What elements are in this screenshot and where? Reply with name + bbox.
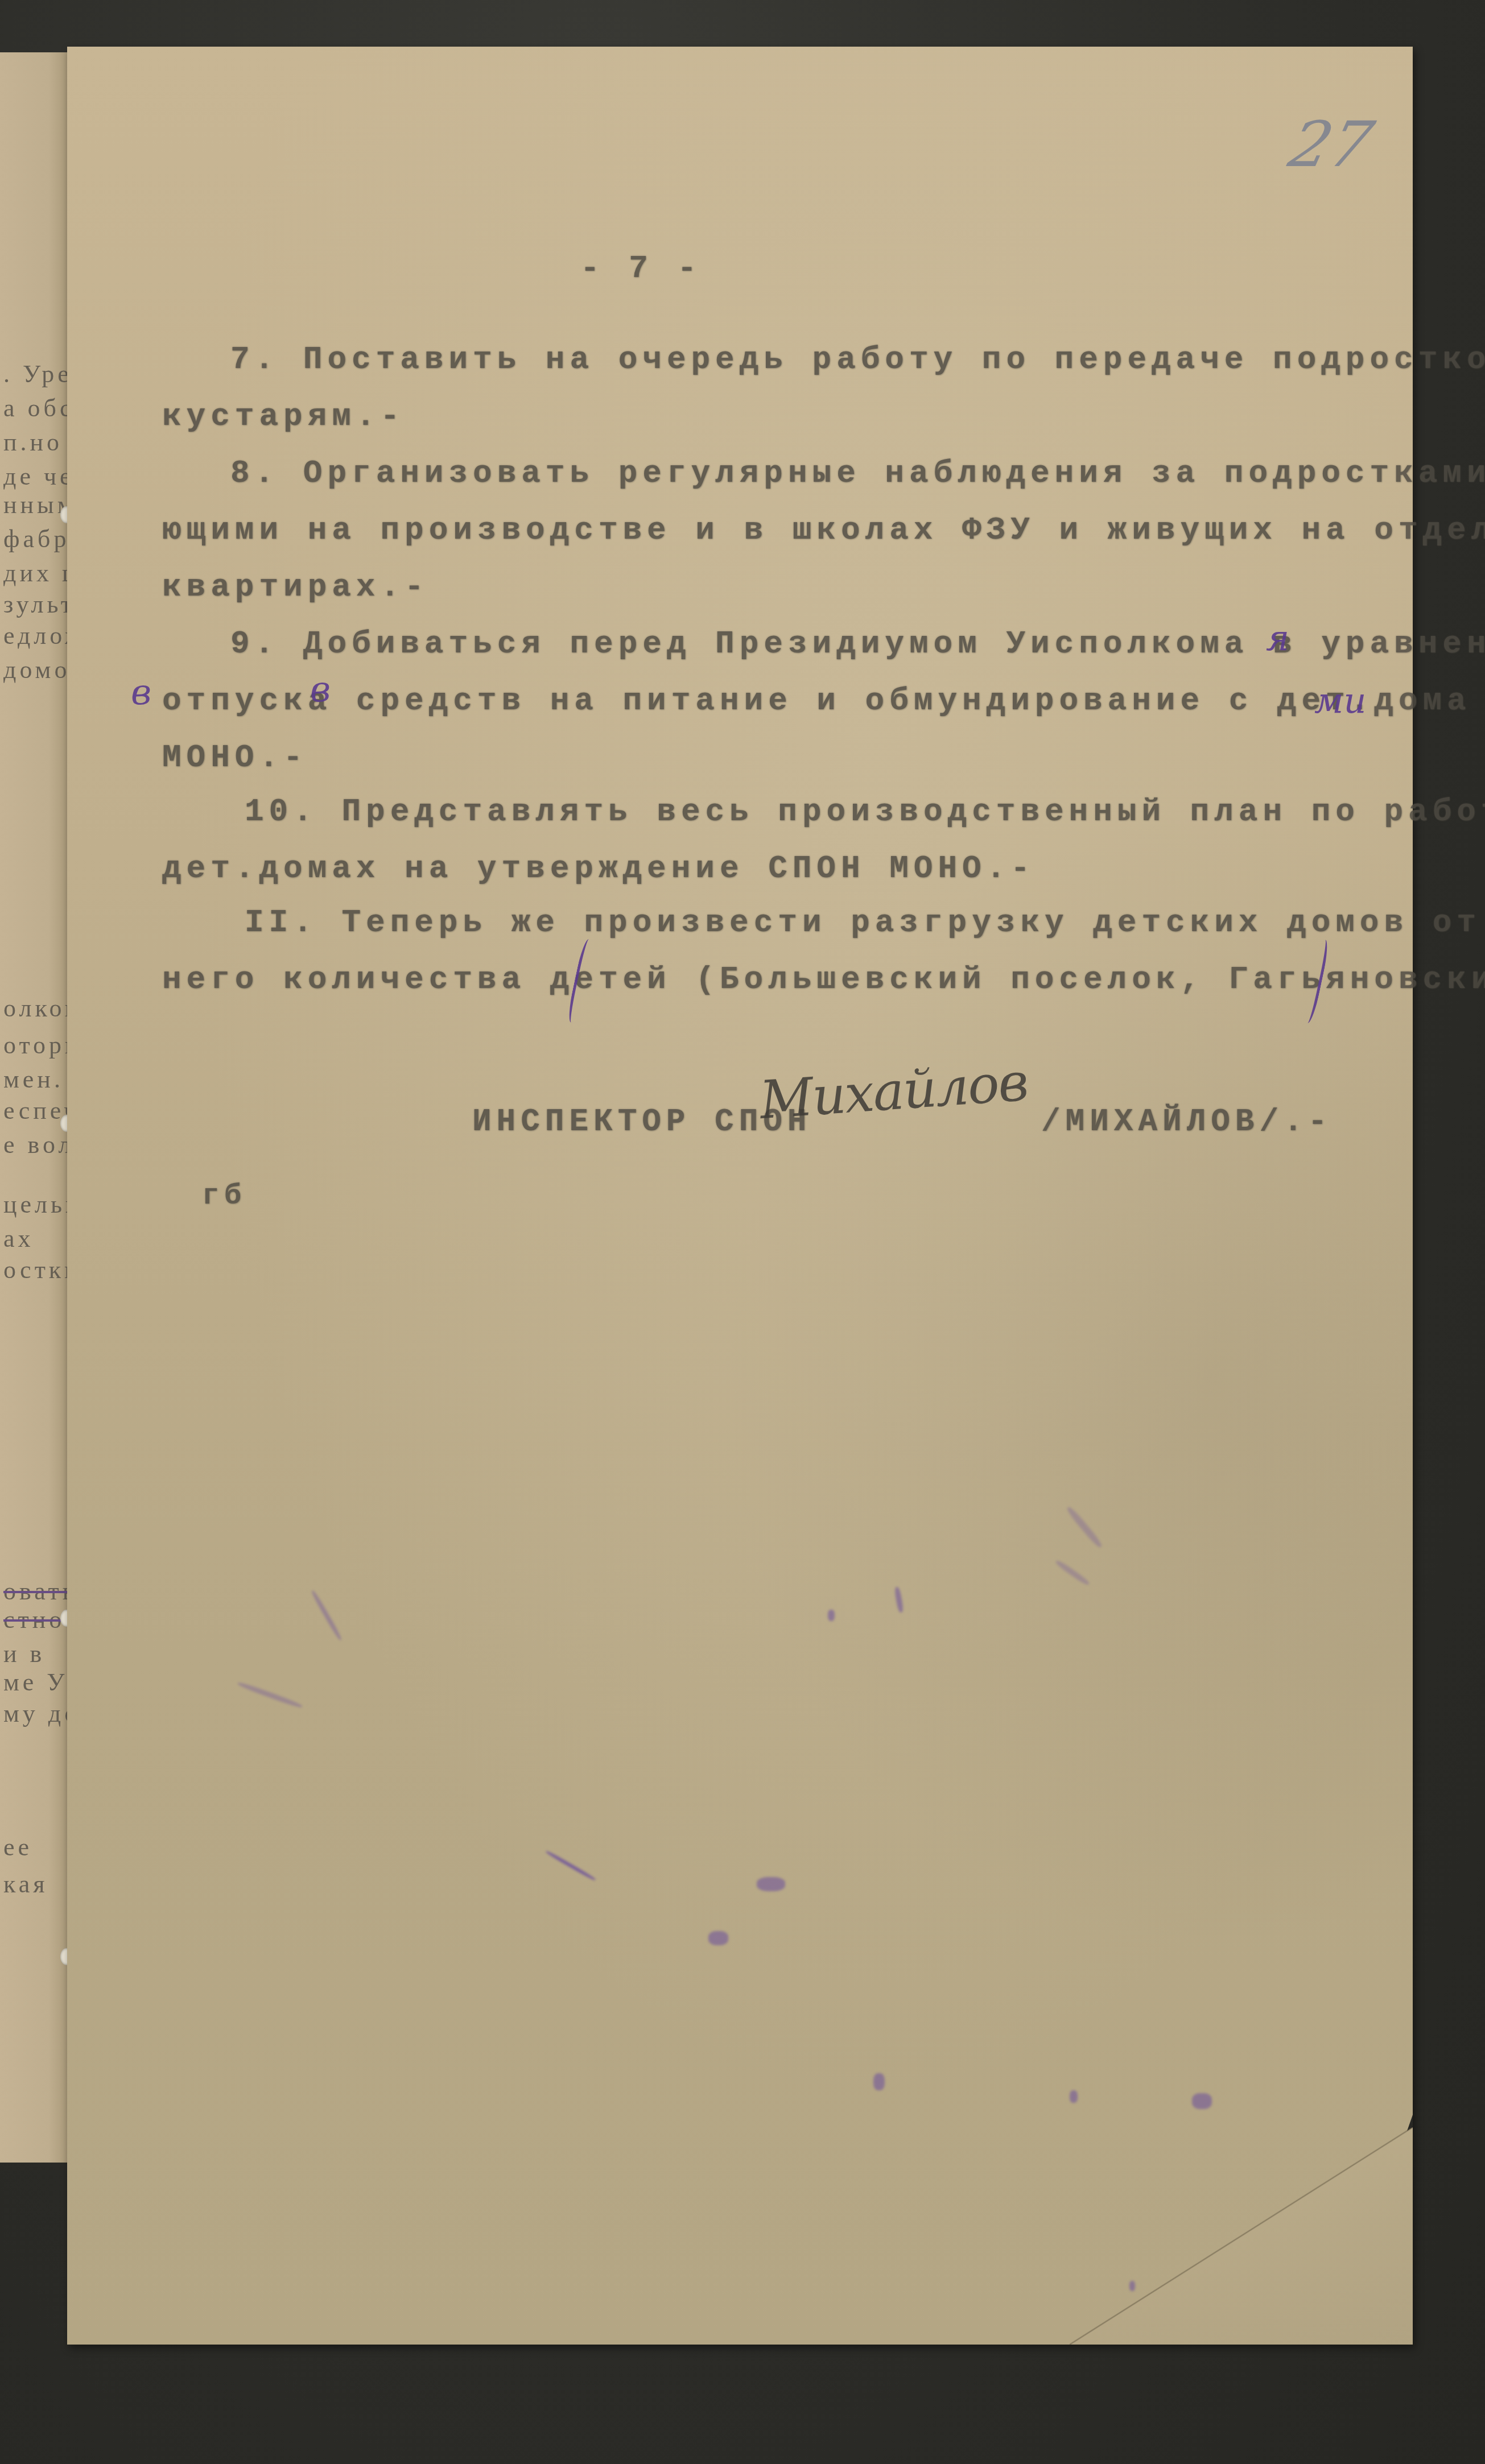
item-11-line-1: II. Теперь же произвести разгрузку детск… — [245, 904, 1485, 941]
fold-crease — [1070, 2127, 1413, 2345]
item-11-line-2: него количества детей (Большевский посел… — [162, 961, 1485, 998]
item-8-line-1: 8. Организовать регулярные наблюдения за… — [230, 455, 1485, 491]
left-page-fragment: олкома — [3, 994, 71, 1023]
left-page-fragment: и в — [3, 1639, 45, 1668]
item-8-line-2: ющими на производстве и в школах ФЗУ и ж… — [162, 512, 1485, 548]
left-page-fragment: п.но — [3, 428, 63, 457]
ink-smudge — [873, 2073, 885, 2090]
left-page-fragment: овать — [3, 1577, 71, 1606]
left-facing-page: . Урез а обсл п.но де чел нным ц фабрич … — [0, 52, 71, 2163]
left-page-fragment: де чел — [3, 462, 71, 491]
signature-typed-name: /МИХАЙЛОВ/.- — [1041, 1103, 1332, 1140]
item-9-line-3: МОНО.- — [162, 739, 308, 776]
left-page-fragment: домов — [3, 655, 71, 684]
left-page-fragment: мен. — [3, 1065, 64, 1094]
item-9-line-1: 9. Добиваться перед Президиумом Уисполко… — [230, 626, 1485, 662]
ink-smudge — [828, 1610, 835, 1621]
left-page-fragment: оторый — [3, 1031, 71, 1060]
handwritten-correction: ми — [1314, 680, 1366, 721]
left-page-fragment: ах — [3, 1224, 34, 1253]
page-number-header: - 7 - — [580, 250, 702, 287]
left-page-fragment: ме УОН — [3, 1668, 71, 1697]
left-page-fragment: дих ш — [3, 559, 71, 588]
left-page-fragment: кая — [3, 1870, 48, 1899]
left-page-fragment: . Урез — [3, 359, 71, 388]
item-7-line-2: кустарям.- — [162, 398, 405, 435]
item-8-line-3: квартирах.- — [162, 569, 429, 605]
left-page-fragment: му дом — [3, 1699, 71, 1728]
ink-smudge — [757, 1877, 785, 1891]
item-9-line-2: отпуска средств на питание и обмундирова… — [162, 683, 1471, 719]
left-page-fragment: фабрич — [3, 524, 71, 553]
item-10-line-1: 10. Представлять весь производственный п… — [245, 793, 1485, 830]
ink-smudge — [1129, 2281, 1135, 2291]
left-page-fragment: ее — [3, 1833, 32, 1862]
handwritten-correction: я — [1266, 617, 1289, 659]
item-7-line-1: 7. Поставить на очередь работу по переда… — [230, 341, 1485, 378]
left-page-fragment: целью — [3, 1190, 71, 1219]
document-page — [67, 47, 1413, 2345]
ink-smudge — [708, 1931, 728, 1945]
ink-smudge — [1070, 2090, 1078, 2103]
left-page-fragment: е вол — [3, 1130, 71, 1159]
left-page-fragment: стно — [3, 1605, 65, 1634]
handwritten-correction: в — [310, 668, 331, 710]
typist-initials: гб — [202, 1180, 246, 1213]
left-page-fragment: едлож — [3, 621, 71, 650]
handwritten-correction: в — [131, 671, 151, 713]
item-10-line-2: дет.домах на утверждение СПОН МОНО.- — [162, 850, 1035, 887]
left-page-fragment: остки — [3, 1255, 71, 1284]
left-page-fragment: а обсл — [3, 394, 71, 423]
left-page-fragment: зульт — [3, 590, 71, 619]
ink-smudge — [1192, 2093, 1212, 2109]
